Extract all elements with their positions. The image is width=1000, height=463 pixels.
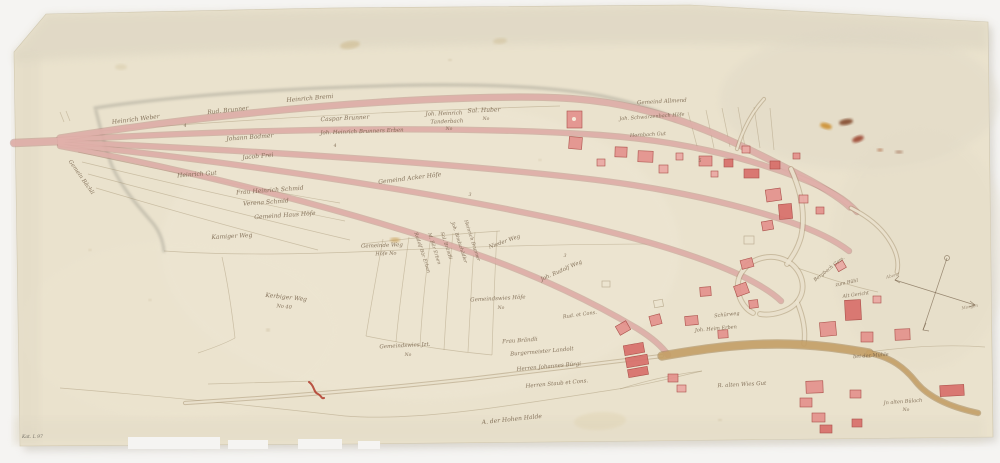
building <box>742 146 750 153</box>
building <box>677 385 686 392</box>
field-label: No <box>497 305 505 311</box>
field-label: 5 <box>699 158 702 164</box>
field-label: Tanderbach <box>430 118 464 125</box>
paper-edge-notch <box>128 437 220 449</box>
building <box>659 165 668 173</box>
building <box>819 321 836 336</box>
field-label: No <box>482 116 490 122</box>
building <box>778 203 792 219</box>
building <box>806 381 823 394</box>
building <box>895 329 910 341</box>
building <box>744 169 759 178</box>
stain <box>877 149 883 152</box>
building <box>852 419 862 427</box>
building <box>676 153 683 160</box>
field-label: Sal. Huber <box>467 106 501 114</box>
building <box>638 151 653 163</box>
building <box>700 287 712 297</box>
building <box>861 332 873 342</box>
field-label: Höfe No <box>374 251 396 258</box>
building-courtyard-dot <box>572 117 576 121</box>
building <box>668 374 678 382</box>
field-label: No <box>404 352 412 358</box>
stain <box>89 249 92 251</box>
stain <box>266 329 270 332</box>
paper-edge-notch <box>228 440 268 449</box>
building <box>800 398 812 407</box>
paper-edge-notch <box>358 441 380 449</box>
building <box>820 425 832 433</box>
paper-wash <box>14 52 40 444</box>
building <box>615 147 627 157</box>
building <box>812 413 825 422</box>
building <box>850 390 861 398</box>
paper-wash <box>20 240 340 420</box>
building <box>724 159 733 167</box>
field-label: 3 <box>469 192 472 198</box>
building <box>597 159 605 166</box>
building <box>816 207 824 214</box>
field-label: No <box>445 126 453 132</box>
building <box>770 161 780 169</box>
stain <box>895 151 903 154</box>
scanned-map-page: AbendMorgenHeinrich WeberRud. BrunnerHei… <box>0 0 1000 463</box>
building <box>569 137 583 150</box>
stain <box>718 419 722 421</box>
field-label: 4 <box>183 123 187 129</box>
building <box>749 300 759 309</box>
road-pink <box>14 141 62 143</box>
stain <box>149 299 152 301</box>
building <box>765 188 782 202</box>
stain <box>539 159 542 161</box>
map-canvas: AbendMorgenHeinrich WeberRud. BrunnerHei… <box>0 0 1000 463</box>
archival-catalog-label: Kat. L 97 <box>21 434 43 440</box>
building <box>940 384 965 396</box>
stain <box>115 64 127 70</box>
building <box>873 296 881 303</box>
field-label: 3 <box>564 253 567 259</box>
field-label: 4 <box>333 143 337 149</box>
building <box>711 171 718 177</box>
building <box>844 300 861 321</box>
stain <box>448 59 452 61</box>
building <box>761 220 773 231</box>
building <box>793 153 800 159</box>
building <box>799 195 808 203</box>
field-label: No <box>902 407 910 413</box>
paper-edge-notch <box>298 439 342 449</box>
building <box>685 315 699 325</box>
